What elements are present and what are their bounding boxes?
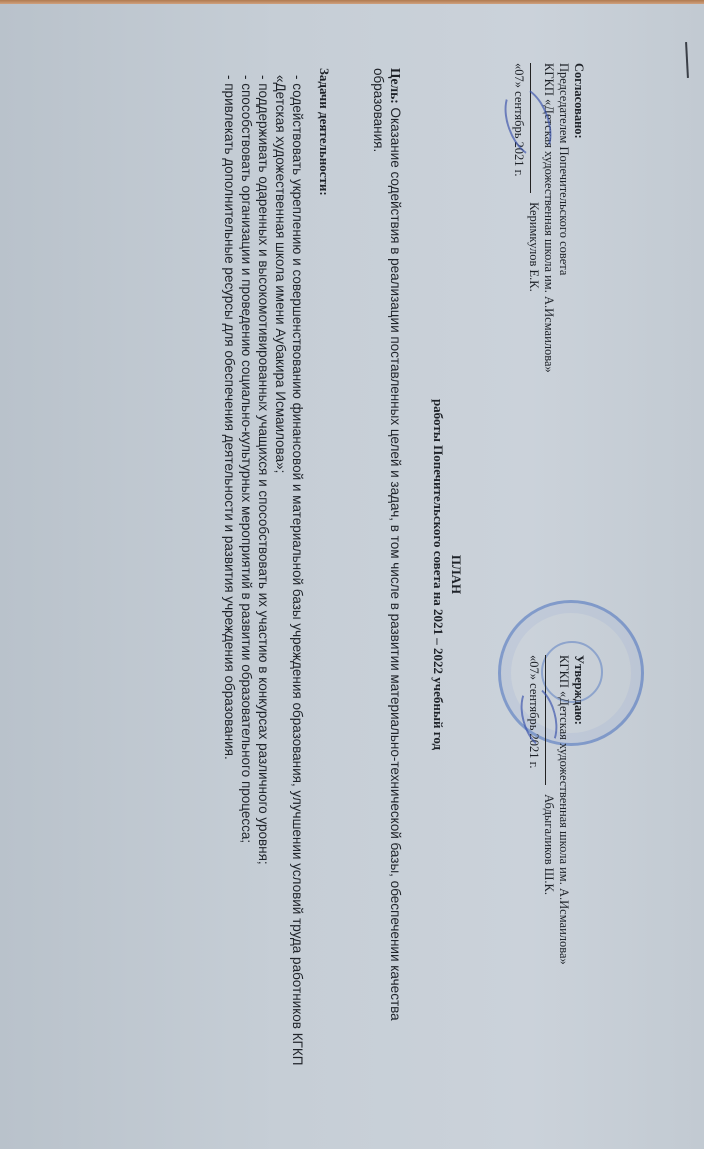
- document-subtitle: работы Попечительского совета на 2021 – …: [430, 0, 446, 1149]
- task-item: - способствовать организации и проведени…: [238, 75, 255, 1115]
- tasks-heading: Задачи деятельности:: [316, 68, 332, 196]
- goal-label: Цель:: [388, 68, 403, 104]
- goal-text: Оказание содействия в реализации поставл…: [371, 68, 403, 1021]
- task-item: - привлекать дополнительные ресурсы для …: [221, 75, 238, 1115]
- document-title: ПЛАН: [448, 0, 464, 1149]
- approved-signer: Абдыгаликов Ш.К.: [542, 794, 556, 895]
- tasks-list: - содействовать укреплению и совершенств…: [221, 75, 306, 1115]
- agreed-signer: Керимкулов Е.К.: [527, 202, 541, 292]
- goal-paragraph: Цель: Оказание содействия в реализации п…: [370, 68, 404, 1108]
- task-item: - содействовать укреплению и совершенств…: [272, 75, 306, 1115]
- approved-heading: Утверждаю:: [571, 655, 586, 1135]
- pen-mark: [685, 42, 689, 78]
- document-page: Согласовано: Председателем Попечительско…: [0, 0, 704, 1149]
- agreed-heading: Согласовано:: [571, 63, 586, 583]
- task-item: - поддерживать одаренных и высокомотивир…: [255, 75, 272, 1115]
- agreed-line1: Председателем Попечительского совета: [556, 63, 571, 583]
- approved-line1: КГКП «Детская художественная школа им. А…: [556, 655, 571, 1135]
